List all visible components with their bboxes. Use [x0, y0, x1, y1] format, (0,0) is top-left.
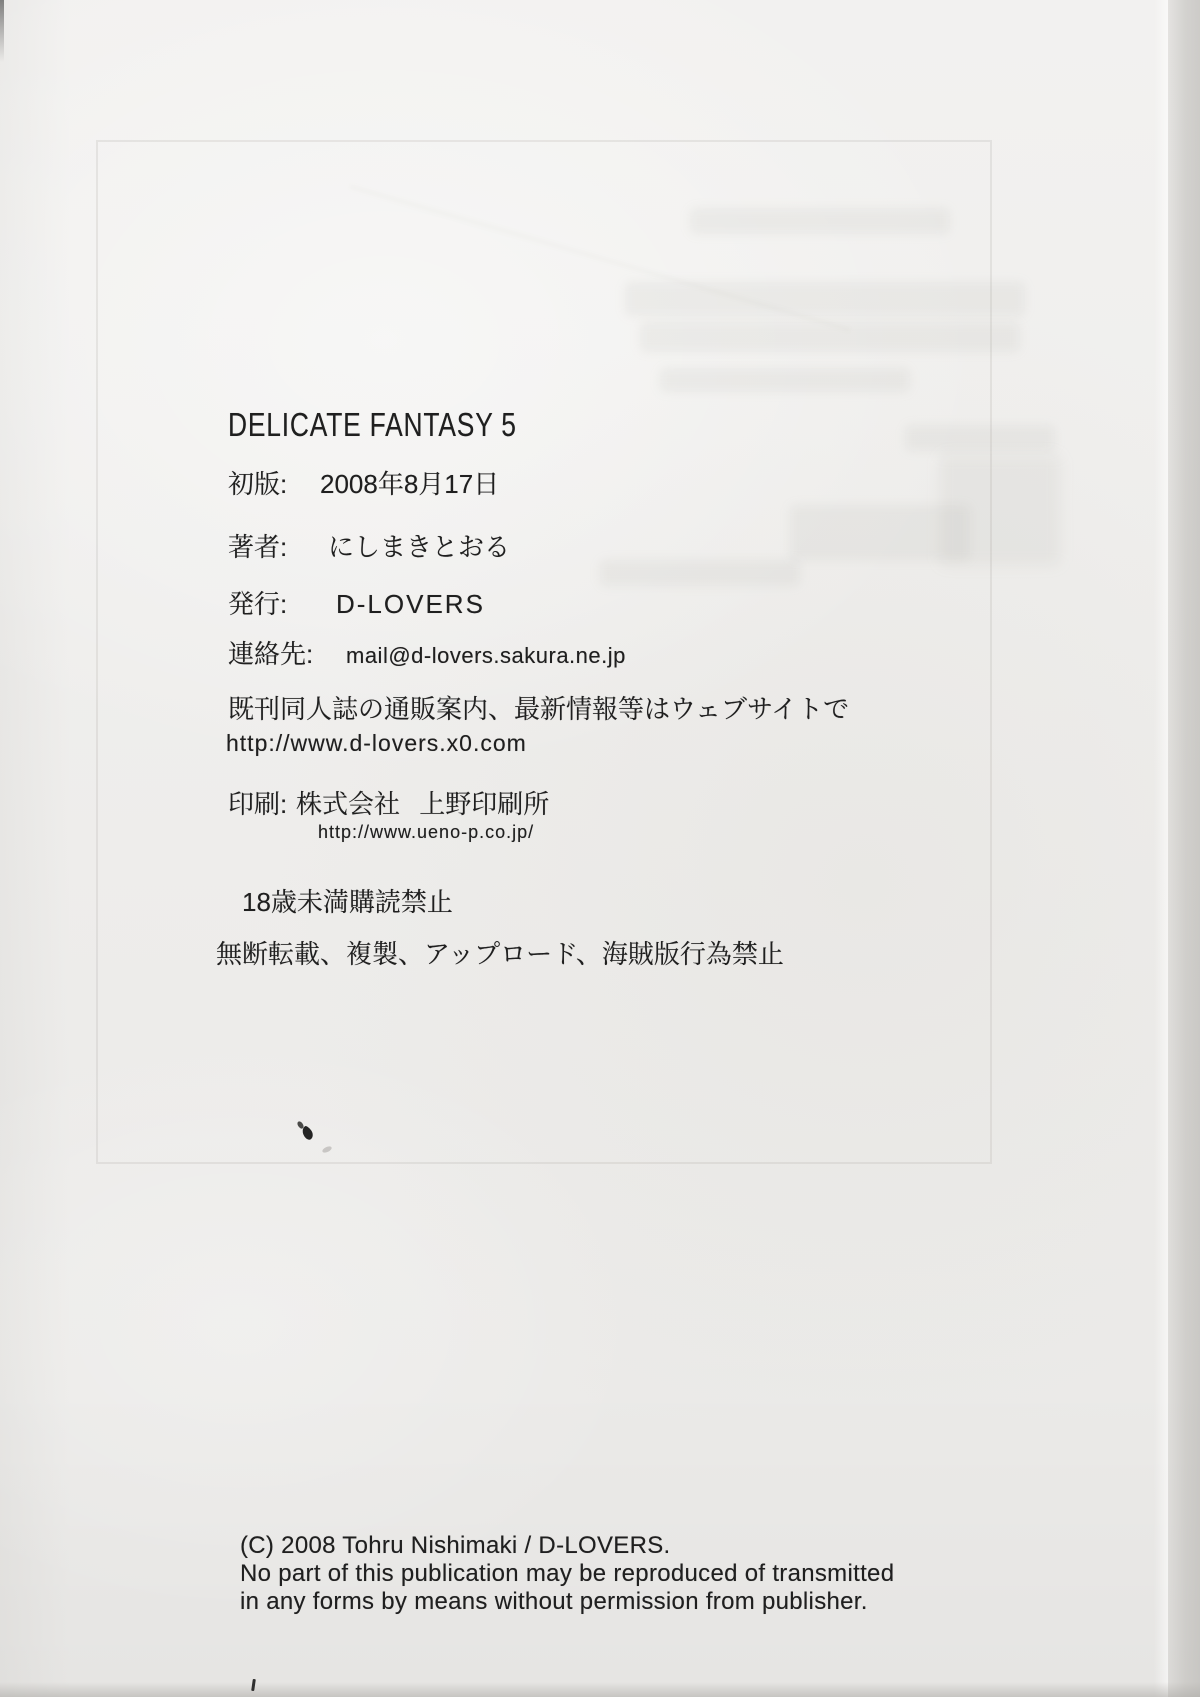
page-edge-shadow	[1168, 0, 1200, 1697]
scanned-colophon-page: DELICATE FANTASY 5 初版:2008年8月17日 著者:にしまき…	[0, 0, 1200, 1697]
colophon-row-contact: 連絡先:mail@d-lovers.sakura.ne.jp	[228, 640, 626, 670]
showthrough-blob	[905, 425, 1055, 451]
copyright-line: in any forms by means without permission…	[240, 1588, 868, 1616]
colophon-row-printer: 印刷:株式会社 上野印刷所	[228, 790, 549, 820]
ink-mark	[251, 1679, 256, 1691]
edition-label: 初版:	[228, 470, 320, 500]
website-url: http://www.d-lovers.x0.com	[226, 730, 527, 756]
printer-name: 株式会社 上野印刷所	[296, 789, 549, 819]
contact-email: mail@d-lovers.sakura.ne.jp	[346, 643, 626, 668]
publisher-value: D-LOVERS	[336, 589, 485, 619]
scan-corner-artifact	[0, 0, 4, 62]
piracy-warning-notice: 無断転載、複製、アップロード、海賊版行為禁止	[216, 940, 784, 970]
copyright-line: (C) 2008 Tohru Nishimaki / D-LOVERS.	[240, 1532, 671, 1560]
colophon-row-author: 著者:にしまきとおる	[228, 533, 510, 563]
printer-url: http://www.ueno-p.co.jp/	[318, 822, 534, 843]
colophon-row-edition: 初版:2008年8月17日	[228, 470, 499, 500]
ink-speck	[296, 1120, 305, 1129]
paper-crease	[350, 185, 851, 331]
showthrough-blob	[940, 455, 1060, 565]
page-bottom-shadow	[0, 1682, 1200, 1697]
showthrough-blob	[690, 208, 950, 234]
publisher-label: 発行:	[228, 590, 336, 620]
copyright-line: No part of this publication may be repro…	[240, 1560, 894, 1588]
colophon-row-publisher: 発行:D-LOVERS	[228, 590, 485, 620]
showthrough-blob	[625, 282, 1025, 316]
contact-label: 連絡先:	[228, 640, 346, 670]
author-value: にしまきとおる	[328, 532, 510, 562]
web-notice: 既刊同人誌の通販案内、最新情報等はウェブサイトで	[228, 695, 849, 725]
age-restriction-notice: 18歳未満購読禁止	[242, 888, 453, 918]
author-label: 著者:	[228, 533, 328, 563]
showthrough-blob	[640, 322, 1020, 352]
ink-speck-faint	[321, 1145, 332, 1154]
page-edge-highlight	[1154, 0, 1168, 1697]
showthrough-blob	[600, 560, 800, 586]
edition-value: 2008年8月17日	[320, 469, 499, 499]
page-title: DELICATE FANTASY 5	[228, 406, 517, 444]
showthrough-blob	[660, 368, 910, 392]
printer-label: 印刷:	[228, 790, 296, 820]
ink-speck	[300, 1125, 315, 1142]
showthrough-blob	[790, 505, 970, 560]
